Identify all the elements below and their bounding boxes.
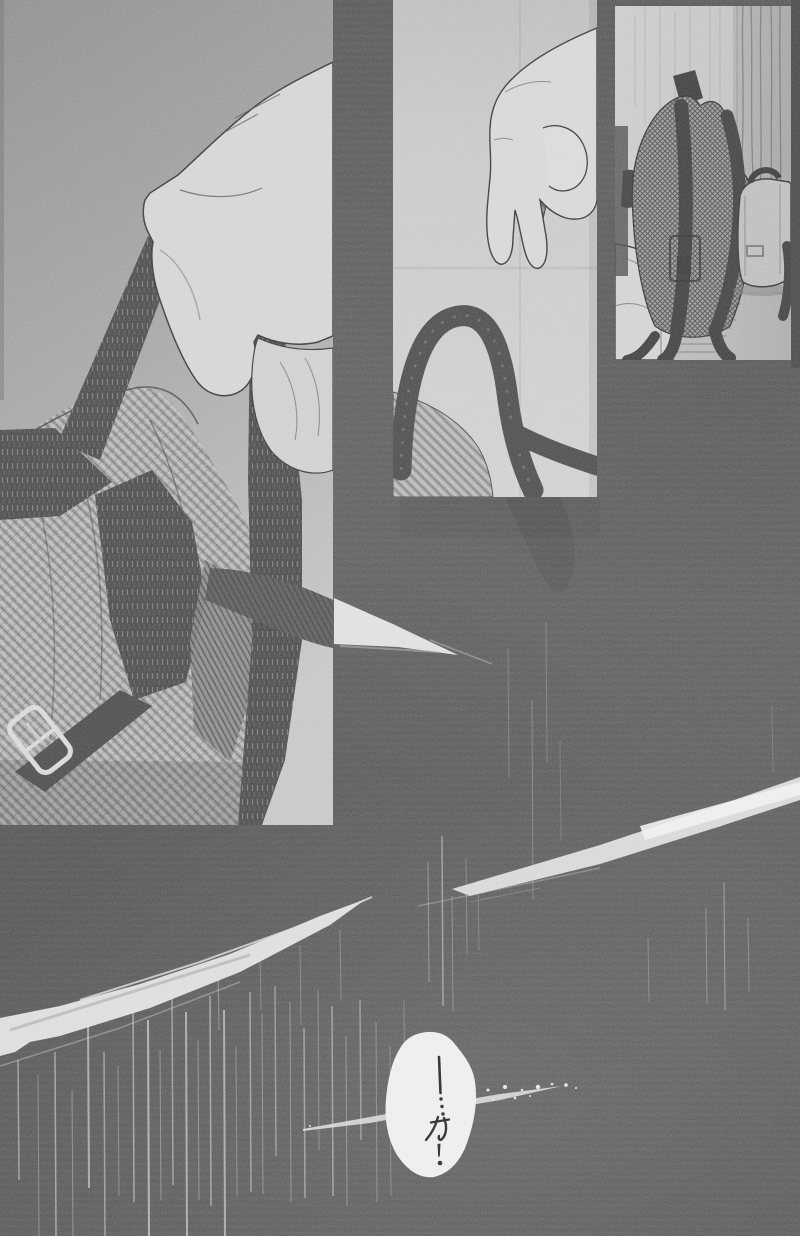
panel-right-art: [615, 6, 791, 360]
panel-left: [0, 0, 333, 825]
duffel-bag: [733, 170, 791, 316]
glyph-long-dash: [439, 1057, 441, 1093]
speech-bubble-art: [383, 1028, 483, 1180]
speech-bubble: ――…カ!: [383, 1028, 483, 1180]
panel-left-edge-shade: [0, 0, 4, 400]
panel-top-right: [615, 6, 791, 360]
manga-page: ――…カ!: [0, 0, 800, 1236]
page-right-edge: [791, 0, 800, 368]
bubble-blob: [385, 1032, 476, 1177]
panel-top-middle: [393, 0, 597, 497]
panel-left-art: [0, 0, 333, 825]
panel-mid-art: [393, 0, 597, 497]
